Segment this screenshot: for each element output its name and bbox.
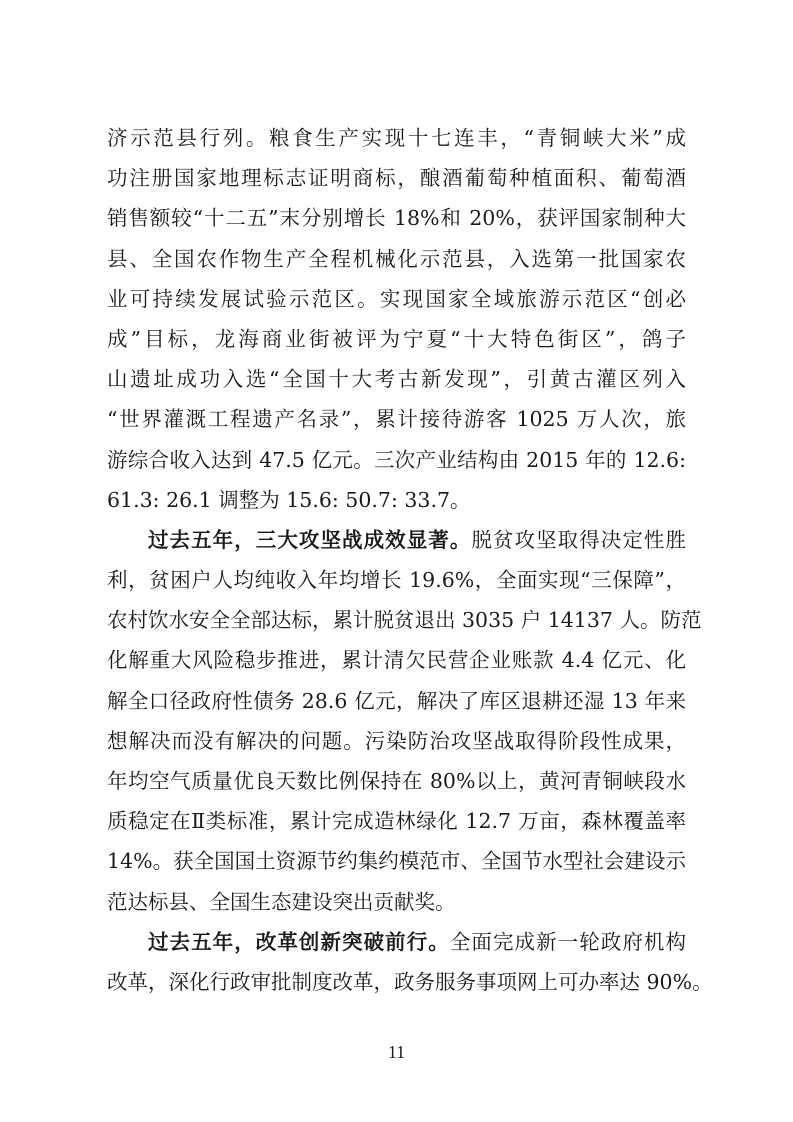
paragraph-2-line-9: 14%。获全国国土资源节约集约模范市、全国节水型社会建设示 (107, 841, 686, 881)
page-number: 11 (0, 1042, 793, 1063)
paragraph-1-line-3: 销售额较“十二五”末分别增长 18%和 20%，获评国家制种大 (107, 198, 686, 238)
paragraph-1-line-2: 功注册国家地理标志证明商标，酿酒葡萄种植面积、葡萄酒 (107, 158, 686, 198)
document-body: 济示范县行列。粮食生产实现十七连丰，“青铜峡大米”成 功注册国家地理标志证明商标… (107, 118, 686, 1002)
paragraph-1-line-6: 成”目标，龙海商业街被评为宁夏“十大特色街区”，鸽子 (107, 319, 686, 359)
paragraph-2-lead-heading: 过去五年，三大攻坚战成效显著。 (148, 528, 471, 552)
paragraph-3-line-2: 改革，深化行政审批制度改革，政务服务事项网上可办率达 90%。 (107, 962, 686, 1002)
paragraph-2-line-4: 化解重大风险稳步推进，累计清欠民营企业账款 4.4 亿元、化 (107, 640, 686, 680)
paragraph-3-line-1-text: 全面完成新一轮政府机构 (450, 930, 686, 954)
paragraph-2-line-6: 想解决而没有解决的问题。污染防治攻坚战取得阶段性成果， (107, 721, 686, 761)
paragraph-3-lead-heading: 过去五年，改革创新突破前行。 (148, 930, 450, 954)
paragraph-2-line-2: 利，贫困户人均纯收入年均增长 19.6%，全面实现“三保障”， (107, 560, 686, 600)
paragraph-2-line-1: 过去五年，三大攻坚战成效显著。脱贫攻坚取得决定性胜 (107, 520, 686, 560)
paragraph-1-line-9: 游综合收入达到 47.5 亿元。三次产业结构由 2015 年的 12.6: (107, 440, 686, 480)
paragraph-2-line-5: 解全口径政府性债务 28.6 亿元，解决了库区退耕还湿 13 年来 (107, 681, 686, 721)
paragraph-2-line-7: 年均空气质量优良天数比例保持在 80%以上，黄河青铜峡段水 (107, 761, 686, 801)
paragraph-2-line-3: 农村饮水安全全部达标，累计脱贫退出 3035 户 14137 人。防范 (107, 600, 686, 640)
paragraph-2-line-8: 质稳定在Ⅱ类标准，累计完成造林绿化 12.7 万亩，森林覆盖率 (107, 801, 686, 841)
paragraph-2-line-1-text: 脱贫攻坚取得决定性胜 (471, 528, 686, 552)
paragraph-1-line-8: “世界灌溉工程遗产名录”，累计接待游客 1025 万人次，旅 (107, 399, 686, 439)
paragraph-1-line-5: 业可持续发展试验示范区。实现国家全域旅游示范区“创必 (107, 279, 686, 319)
paragraph-1-line-1: 济示范县行列。粮食生产实现十七连丰，“青铜峡大米”成 (107, 118, 686, 158)
paragraph-3-line-1: 过去五年，改革创新突破前行。全面完成新一轮政府机构 (107, 922, 686, 962)
paragraph-2-line-10: 范达标县、全国生态建设突出贡献奖。 (107, 882, 686, 922)
paragraph-1-line-7: 山遗址成功入选“全国十大考古新发现”，引黄古灌区列入 (107, 359, 686, 399)
paragraph-1-line-4: 县、全国农作物生产全程机械化示范县，入选第一批国家农 (107, 239, 686, 279)
paragraph-1-line-10: 61.3: 26.1 调整为 15.6: 50.7: 33.7。 (107, 480, 686, 520)
document-page: 济示范县行列。粮食生产实现十七连丰，“青铜峡大米”成 功注册国家地理标志证明商标… (0, 0, 793, 1122)
